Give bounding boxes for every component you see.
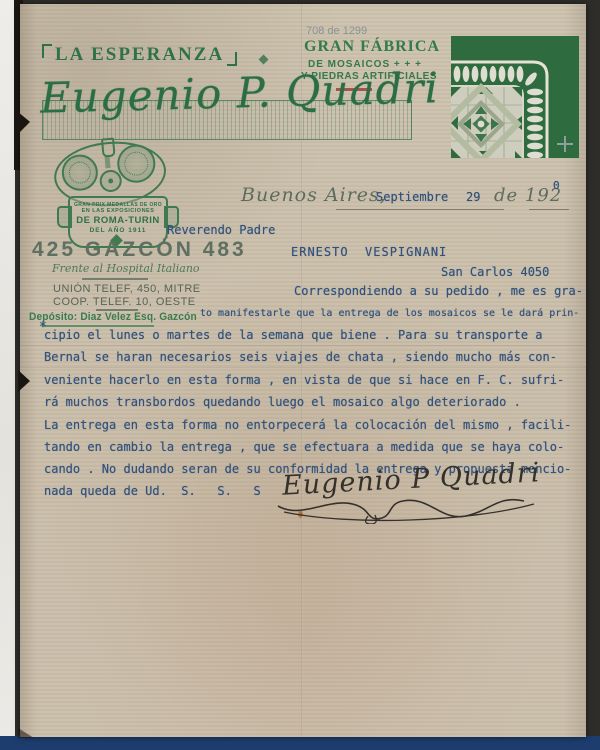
body-line: La entrega en esta forma no entorpecerá … <box>44 418 571 432</box>
body-line: Correspondiendo a su pedido , me es gra- <box>294 284 583 298</box>
award-line-2: EN LAS EXPOSICIONES <box>70 208 166 214</box>
medal-ribbon-icon <box>105 156 111 168</box>
dateline-month: Septiembre <box>376 190 448 204</box>
torn-edge-notch <box>18 370 30 392</box>
worn-corner <box>18 728 34 738</box>
screen-bottom-edge <box>0 736 600 750</box>
recipient-name: ERNESTO VESPIGNANI <box>291 245 447 259</box>
body-line: to manifestarle que la entrega de los mo… <box>200 308 579 319</box>
award-line-4: DEL AÑO 1911 <box>70 227 166 234</box>
ornament-bracket-right-icon <box>227 52 237 66</box>
award-line-3: DE ROMA-TURIN <box>70 215 166 226</box>
body-line: veniente hacerlo en esta forma , en vist… <box>44 373 564 387</box>
body-line: Bernal se haran necesarios seis viajes d… <box>44 350 557 364</box>
medal-coin-detail <box>123 151 149 177</box>
phone-line-1: UNIÓN TELEF, 450, MITRE <box>53 283 201 295</box>
diamond-ornament-icon <box>259 55 269 65</box>
crosshair-cursor-icon <box>557 136 573 152</box>
dateline-year-rule <box>529 209 569 210</box>
photographed-letter-scene: LA ESPERANZA 708 de 1299 GRAN FÁBRICA DE… <box>0 0 600 750</box>
ornament-bracket-left-icon <box>42 44 52 58</box>
signature-flourish <box>272 490 540 524</box>
address-note: Frente al Hospital Italiano <box>52 262 200 275</box>
dateline-day: 29 <box>466 190 480 204</box>
body-line: tando en cambio la entrega , que se efec… <box>44 440 564 454</box>
deposit-underline <box>42 325 154 327</box>
dateline-place: Buenos Aires, <box>241 184 387 206</box>
letter-paper: LA ESPERANZA 708 de 1299 GRAN FÁBRICA DE… <box>20 4 586 737</box>
divider-rule <box>82 278 148 280</box>
dateline-year-digit: 0 <box>553 179 560 192</box>
horizontal-fold-crease-2 <box>20 367 586 368</box>
phone-line-2: COOP. TELEF. 10, OESTE <box>53 296 196 308</box>
body-line: cipio el lunes o martes de la semana que… <box>44 328 543 342</box>
body-line: rá muchos transbordos quedando luego el … <box>44 395 521 409</box>
recipient-address: San Carlos 4050 <box>441 265 549 279</box>
deposit-line: Depósito: Diaz Velez Esq. Gazcón <box>29 311 197 323</box>
torn-edge-notch <box>18 112 30 134</box>
recipient-salutation: Reverendo Padre <box>167 223 275 237</box>
trophy-icon <box>101 138 116 158</box>
body-closing-line: nada queda de Ud. S. S. S <box>44 484 261 498</box>
brand-name-label: LA ESPERANZA <box>55 44 224 65</box>
brand-name: LA ESPERANZA <box>42 44 237 66</box>
horizontal-fold-crease <box>20 345 586 347</box>
screen-left-edge <box>0 0 15 750</box>
medal-coin-detail <box>68 161 92 185</box>
archive-page-mark: 708 de 1299 <box>306 25 367 37</box>
factory-title: GRAN FÁBRICA <box>304 38 440 56</box>
street-address: 425 GAZCÓN 483 <box>32 238 247 262</box>
dateline-rule <box>336 209 504 210</box>
